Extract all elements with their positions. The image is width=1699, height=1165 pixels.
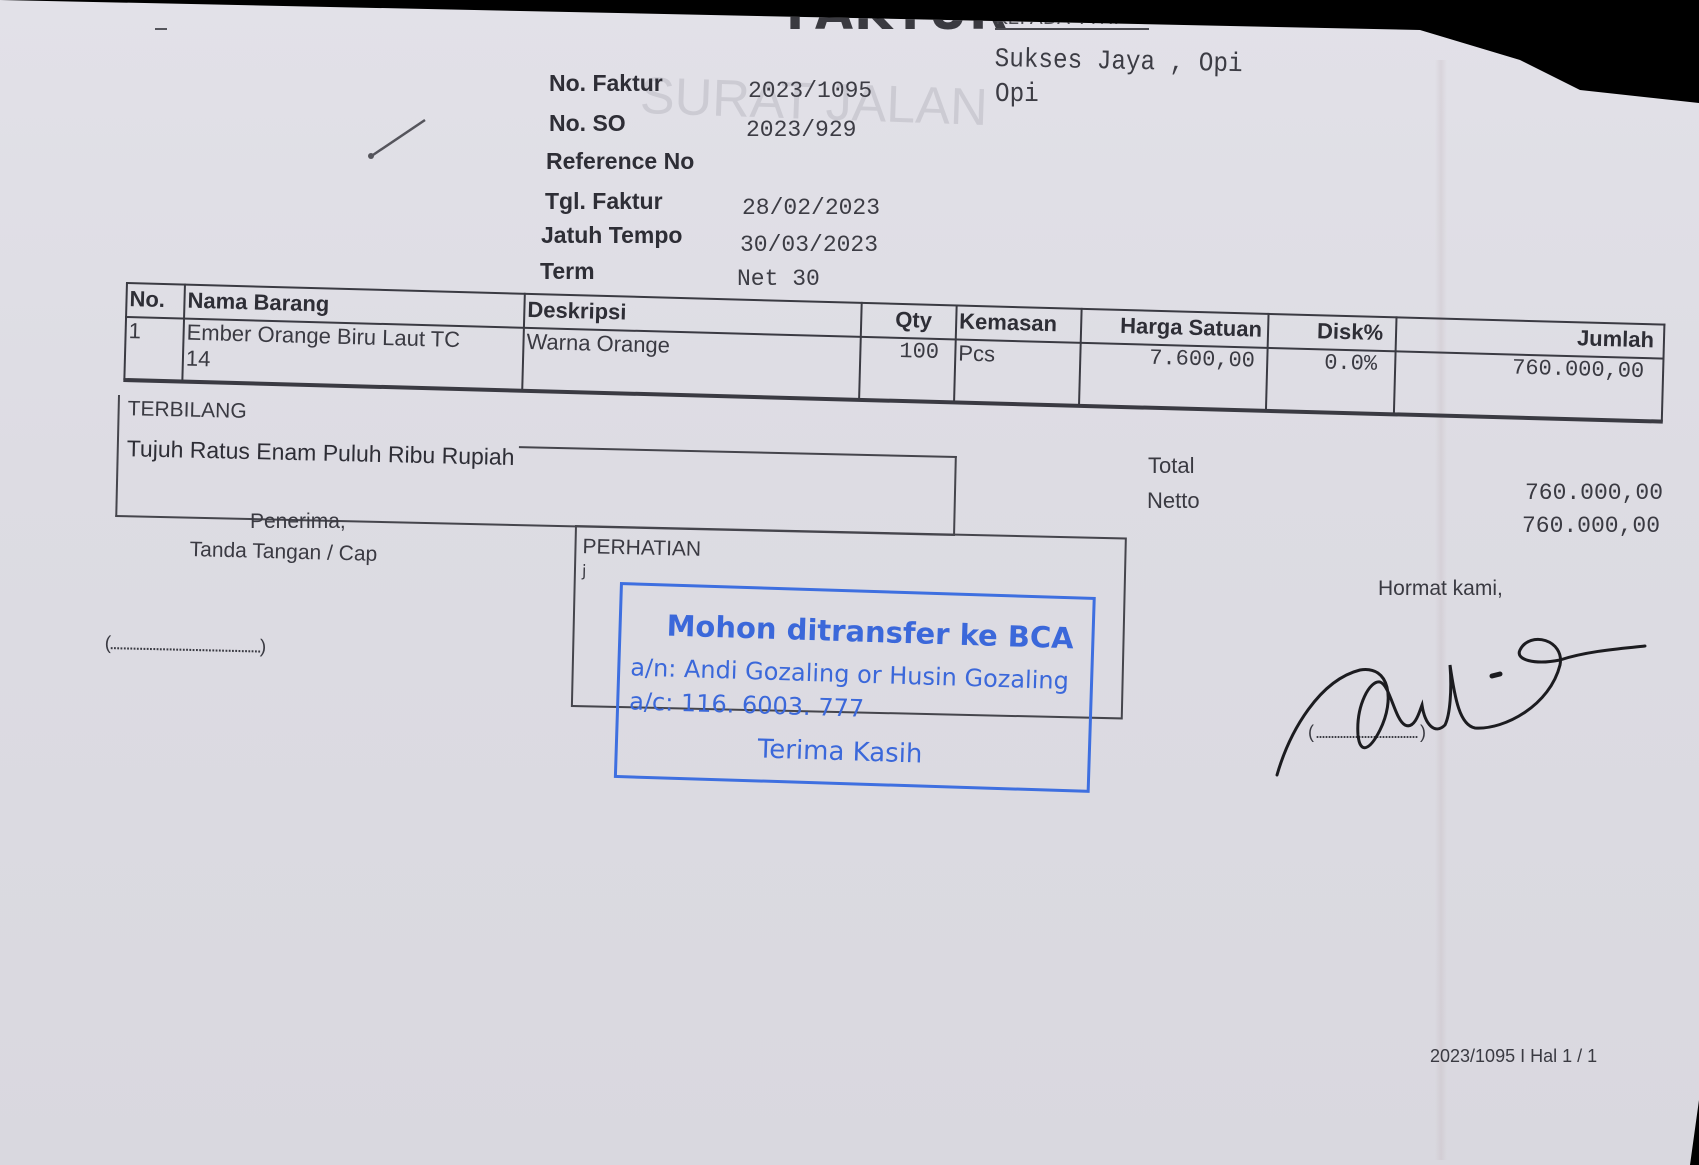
col-header-no: No. bbox=[129, 286, 165, 313]
meta-label-no-faktur: No. Faktur bbox=[549, 70, 663, 97]
col-header-jumlah: Jumlah bbox=[1577, 325, 1655, 353]
meta-value-no-so: 2023/929 bbox=[746, 117, 856, 143]
page-footer: 2023/1095 I Hal 1 / 1 bbox=[1430, 1046, 1597, 1067]
perhatian-label: PERHATIAN bbox=[582, 535, 701, 562]
receiver-label: Penerima, bbox=[250, 510, 346, 534]
meta-value-tgl-faktur: 28/02/2023 bbox=[742, 195, 880, 221]
total-label: Total bbox=[1148, 453, 1194, 479]
stamp-line-thanks: Terima Kasih bbox=[757, 734, 923, 769]
stamp-line-account-number: a/c: 116. 6003. 777 bbox=[629, 687, 865, 722]
col-header-kemasan: Kemasan bbox=[959, 309, 1058, 338]
receiver-signature-line: (.......................................… bbox=[105, 633, 265, 659]
perhatian-value: j bbox=[582, 561, 587, 580]
col-header-harga-satuan: Harga Satuan bbox=[1120, 313, 1262, 343]
meta-value-no-faktur: 2023/1095 bbox=[748, 78, 872, 104]
corner-mark bbox=[155, 28, 167, 30]
terbilang-box: TERBILANG Tujuh Ratus Enam Puluh Ribu Ru… bbox=[115, 395, 958, 536]
cell-harga-satuan: 7.600,00 bbox=[1149, 346, 1255, 374]
cell-disk: 0.0% bbox=[1324, 350, 1377, 376]
col-header-nama-barang: Nama Barang bbox=[187, 288, 329, 318]
recipient-label: KEPADA YTH. bbox=[995, 8, 1149, 30]
meta-label-jatuh-tempo: Jatuh Tempo bbox=[541, 222, 682, 249]
col-header-qty: Qty bbox=[895, 307, 932, 334]
meta-label-term: Term bbox=[540, 258, 595, 285]
receiver-instruction: Tanda Tangan / Cap bbox=[189, 538, 377, 567]
pen-mark-icon bbox=[365, 112, 435, 162]
document-title: FAKTUR bbox=[786, 0, 1008, 42]
col-header-deskripsi: Deskripsi bbox=[527, 297, 627, 326]
total-value: 760.000,00 bbox=[1525, 480, 1663, 506]
cell-no: 1 bbox=[128, 318, 141, 344]
cell-nama-barang-line2: 14 bbox=[186, 346, 211, 373]
netto-label: Netto bbox=[1147, 488, 1200, 514]
terbilang-right-line bbox=[953, 456, 957, 534]
terbilang-top-line bbox=[519, 446, 957, 458]
netto-value: 760.000,00 bbox=[1522, 513, 1660, 539]
meta-value-jatuh-tempo: 30/03/2023 bbox=[740, 232, 878, 258]
meta-value-term: Net 30 bbox=[737, 266, 820, 292]
terbilang-value: Tujuh Ratus Enam Puluh Ribu Rupiah bbox=[126, 435, 514, 471]
cell-kemasan: Pcs bbox=[958, 341, 995, 368]
stamp-line-transfer: Mohon ditransfer ke BCA bbox=[666, 608, 1074, 655]
cell-qty: 100 bbox=[899, 339, 939, 365]
terbilang-label: TERBILANG bbox=[127, 397, 247, 424]
invoice-paper: SURAT JALAN FAKTUR KEPADA YTH. Sukses Ja… bbox=[0, 0, 1699, 1165]
handwritten-signature-icon bbox=[1260, 610, 1660, 790]
meta-label-no-so: No. SO bbox=[549, 110, 626, 137]
col-header-disk: Disk% bbox=[1317, 318, 1384, 346]
recipient-city: Opi bbox=[995, 80, 1039, 110]
meta-label-tgl-faktur: Tgl. Faktur bbox=[545, 188, 663, 215]
bank-transfer-stamp: Mohon ditransfer ke BCA a/n: Andi Gozali… bbox=[614, 582, 1096, 793]
meta-label-reference-no: Reference No bbox=[546, 148, 694, 175]
cell-deskripsi: Warna Orange bbox=[526, 329, 670, 359]
recipient-name: Sukses Jaya , Opi bbox=[994, 45, 1242, 80]
cell-jumlah: 760.000,00 bbox=[1512, 356, 1645, 385]
sender-closing: Hormat kami, bbox=[1378, 577, 1503, 601]
